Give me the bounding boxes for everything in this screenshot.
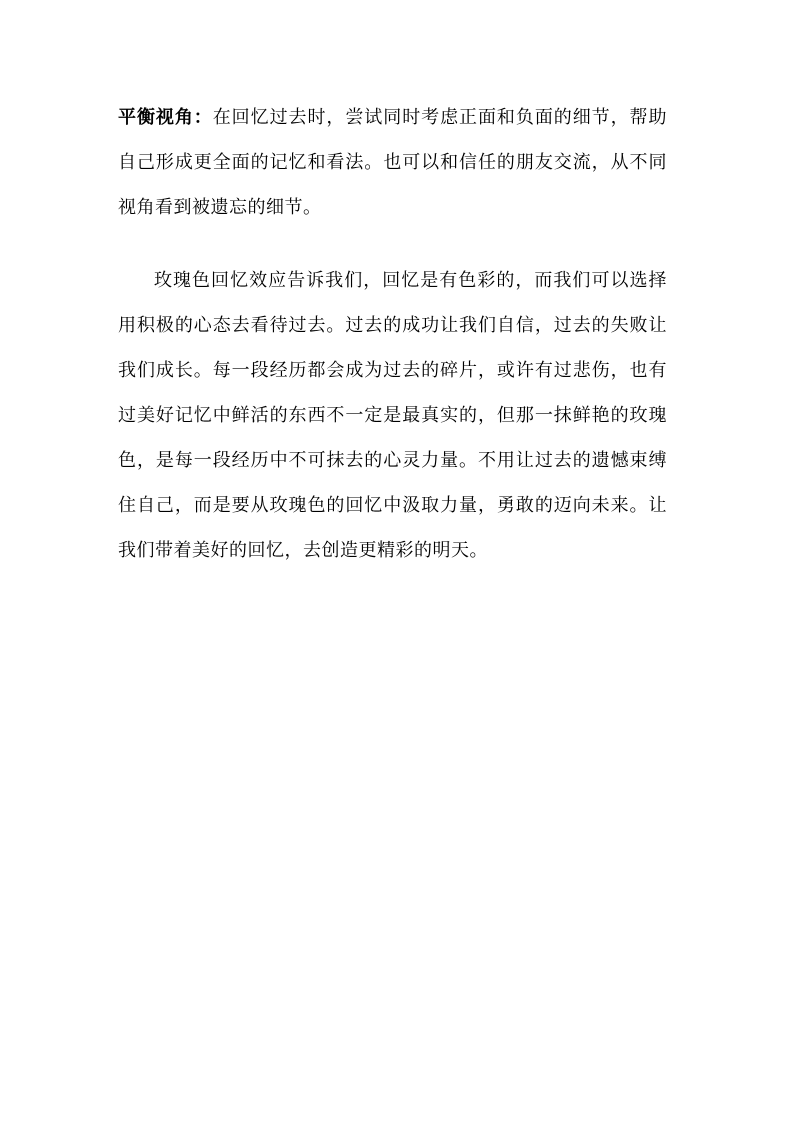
paragraph-body-text: 玫瑰色回忆效应告诉我们，回忆是有色彩的，而我们可以选择用积极的心态去看待过去。过… [118,270,667,560]
document-page: 平衡视角：在回忆过去时，尝试同时考虑正面和负面的细节，帮助自己形成更全面的记忆和… [118,95,667,573]
paragraph-lead-bold: 平衡视角： [118,107,213,127]
paragraph-balanced-view: 平衡视角：在回忆过去时，尝试同时考虑正面和负面的细节，帮助自己形成更全面的记忆和… [118,95,667,230]
paragraph-rose-memory: 玫瑰色回忆效应告诉我们，回忆是有色彩的，而我们可以选择用积极的心态去看待过去。过… [118,258,667,573]
